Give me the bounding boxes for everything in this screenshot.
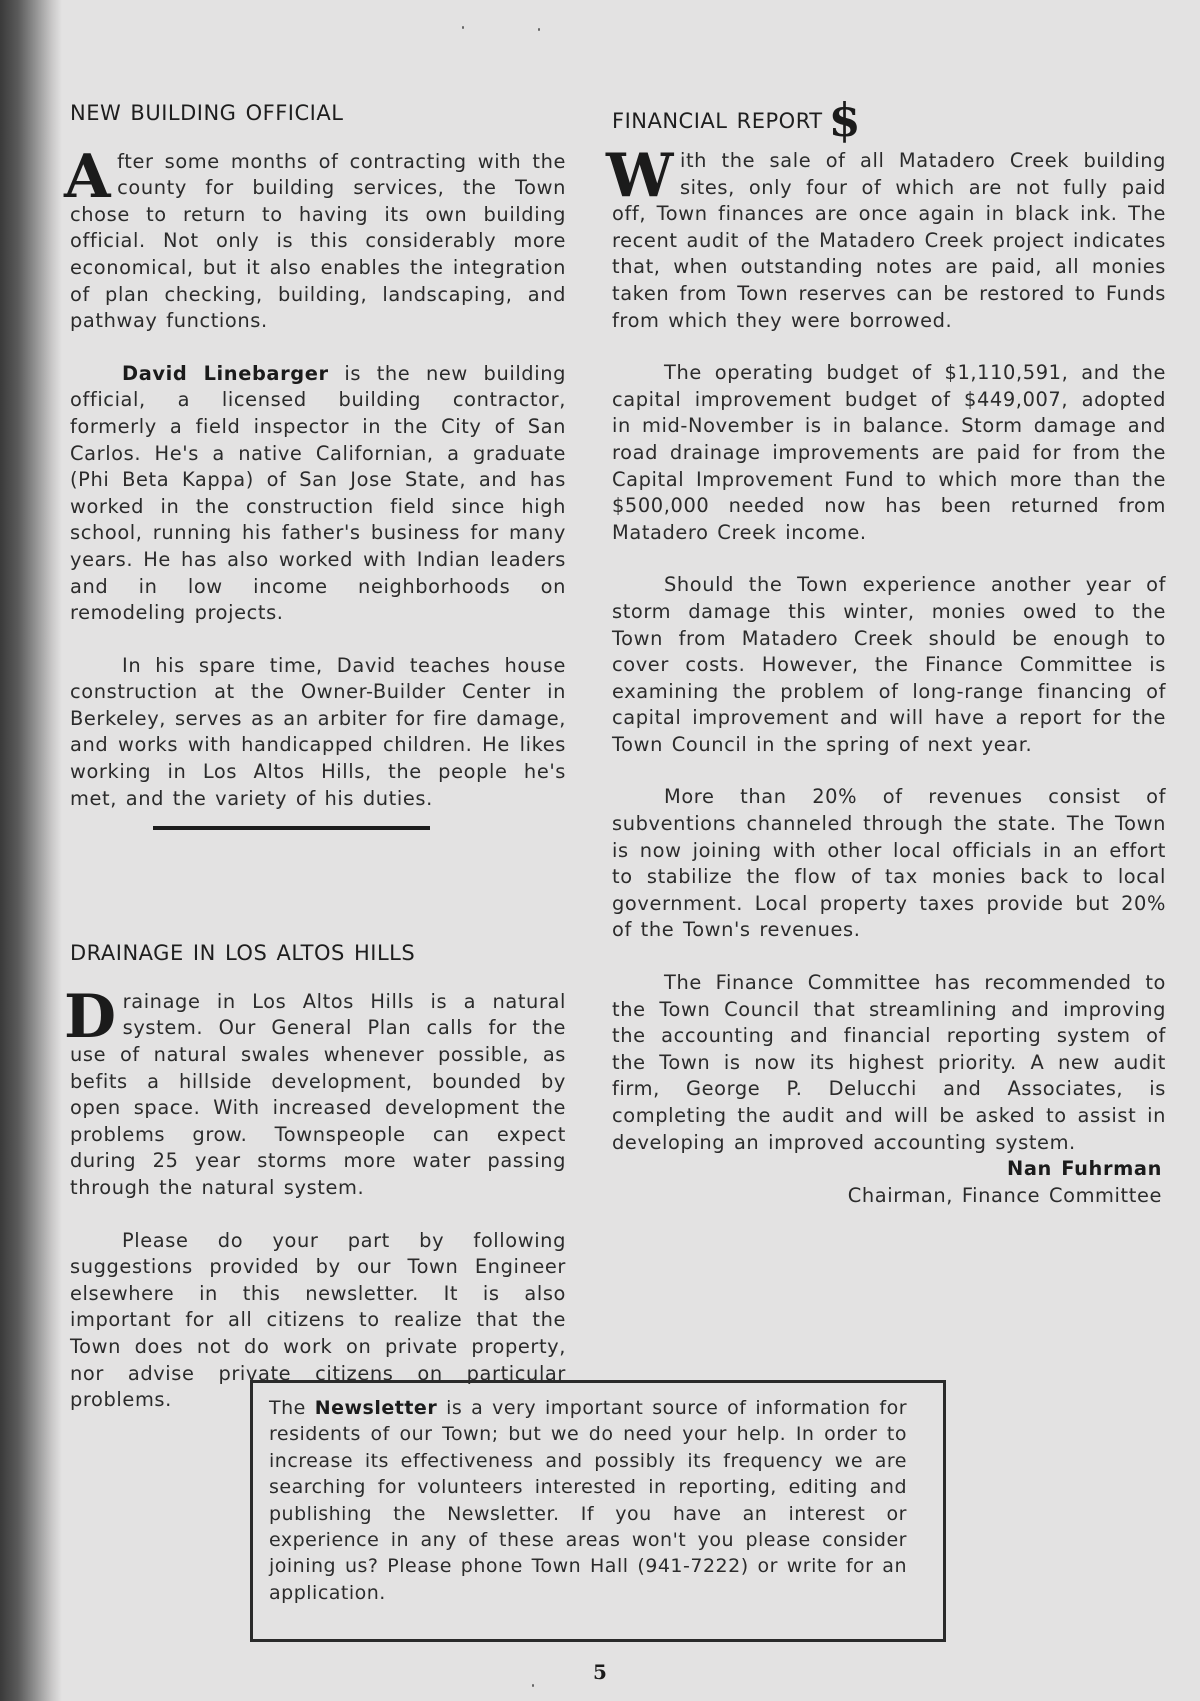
dropcap-d: D bbox=[64, 991, 117, 1043]
signature-name: Nan Fuhrman bbox=[612, 1156, 1166, 1183]
article-financial-report: FINANCIAL REPORT$ With the sale of all M… bbox=[612, 100, 1166, 1209]
financial-paragraph-5: The Finance Committee has recommended to… bbox=[612, 970, 1166, 1156]
building-paragraph-2: David Linebarger is the new building off… bbox=[70, 361, 566, 627]
headline-financial-report: FINANCIAL REPORT$ bbox=[612, 100, 1166, 140]
article-drainage: DRAINAGE IN LOS ALTOS HILLS Drainage in … bbox=[70, 940, 566, 1414]
dollar-sign-icon: $ bbox=[829, 100, 862, 140]
signature-title: Chairman, Finance Committee bbox=[612, 1183, 1166, 1210]
financial-paragraph-4: More than 20% of revenues consist of sub… bbox=[612, 784, 1166, 944]
scan-speck bbox=[462, 26, 464, 29]
dropcap-w: W bbox=[606, 150, 674, 202]
headline-drainage: DRAINAGE IN LOS ALTOS HILLS bbox=[70, 940, 566, 967]
left-column: NEW BUILDING OFFICIAL After some months … bbox=[70, 100, 566, 1414]
building-paragraph-1: After some months of contracting with th… bbox=[70, 149, 566, 335]
drainage-paragraph-1: Drainage in Los Altos Hills is a natural… bbox=[70, 989, 566, 1202]
headline-new-building-official: NEW BUILDING OFFICIAL bbox=[70, 100, 566, 127]
right-column: FINANCIAL REPORT$ With the sale of all M… bbox=[612, 100, 1166, 1209]
financial-paragraph-3: Should the Town experience another year … bbox=[612, 572, 1166, 758]
page-number: 5 bbox=[580, 1660, 620, 1684]
binding-shadow bbox=[0, 0, 62, 1701]
article-new-building-official: NEW BUILDING OFFICIAL After some months … bbox=[70, 100, 566, 812]
scan-speck bbox=[538, 28, 540, 31]
person-name: David Linebarger bbox=[122, 362, 329, 385]
newsletter-volunteer-notice: The Newsletter is a very important sourc… bbox=[250, 1380, 946, 1642]
financial-paragraph-1: With the sale of all Matadero Creek buil… bbox=[612, 148, 1166, 334]
dropcap-a: A bbox=[64, 151, 111, 203]
building-paragraph-3: In his spare time, David teaches house c… bbox=[70, 653, 566, 813]
newsletter-label: Newsletter bbox=[315, 1397, 437, 1419]
section-divider-rule bbox=[153, 826, 430, 830]
scan-speck bbox=[532, 1684, 534, 1687]
financial-paragraph-2: The operating budget of $1,110,591, and … bbox=[612, 360, 1166, 546]
